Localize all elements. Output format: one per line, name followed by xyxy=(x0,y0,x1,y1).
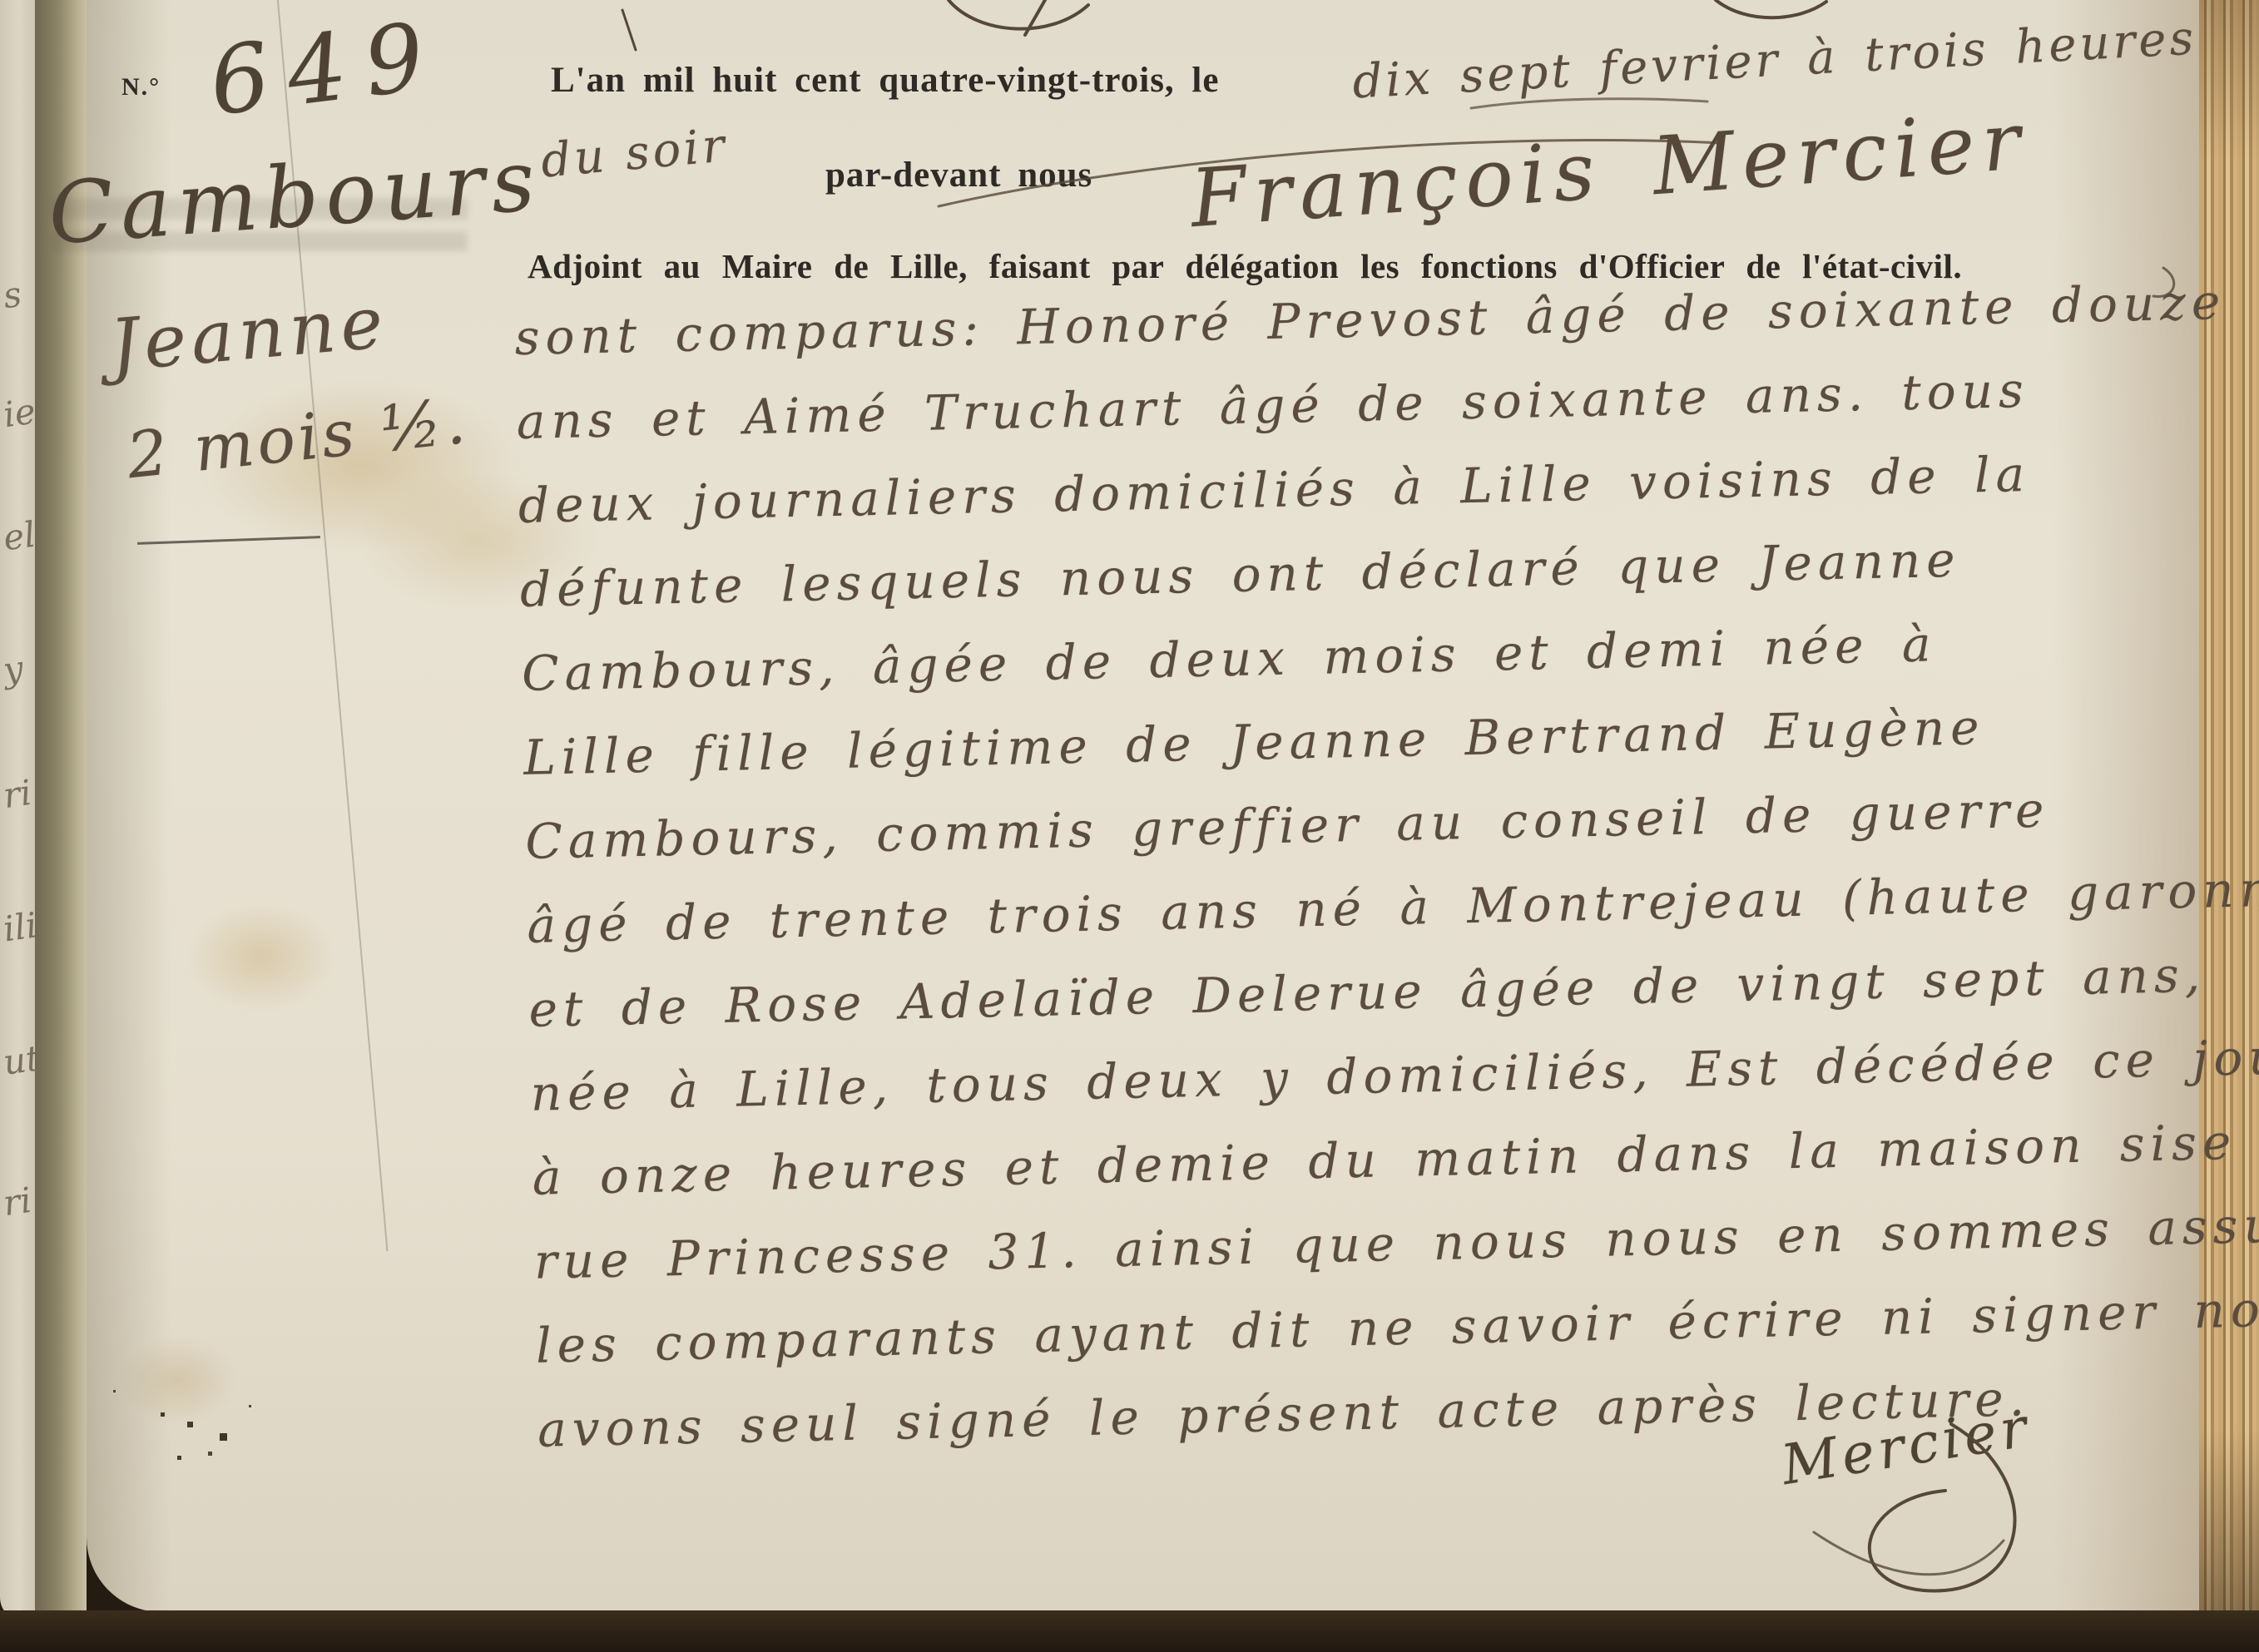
facing-page-text-fragment: ieu xyxy=(1,388,35,436)
facing-page-text-fragment: ut xyxy=(1,1037,35,1083)
act-number-label: N.° xyxy=(121,73,161,101)
facing-page-edge: s ieu el y ri ili ut ri xyxy=(0,0,35,1622)
printed-officer-line: Adjoint au Maire de Lille, faisant par d… xyxy=(528,246,1962,286)
facing-page-text-fragment: ri xyxy=(1,1180,34,1224)
facing-page-text-fragment: s xyxy=(1,274,24,317)
facing-page-text-fragment: y xyxy=(1,648,26,691)
photo-bottom-edge xyxy=(0,1610,2259,1652)
act-body-text: sont comparus: Honoré Prevost âgé de soi… xyxy=(514,275,2211,1486)
facing-page-text-fragment: el xyxy=(1,514,35,559)
ink-specks xyxy=(0,0,1,1)
facing-page-text-fragment: ri xyxy=(1,772,34,816)
printed-year-line: L'an mil huit cent quatre-vingt-trois, l… xyxy=(551,60,1219,101)
facing-page-text-fragment: ili xyxy=(1,904,35,949)
printed-before-us: par-devant nous xyxy=(825,155,1092,195)
register-photo: s ieu el y ri ili ut ri N.° 649 Cambours… xyxy=(0,0,2259,1652)
